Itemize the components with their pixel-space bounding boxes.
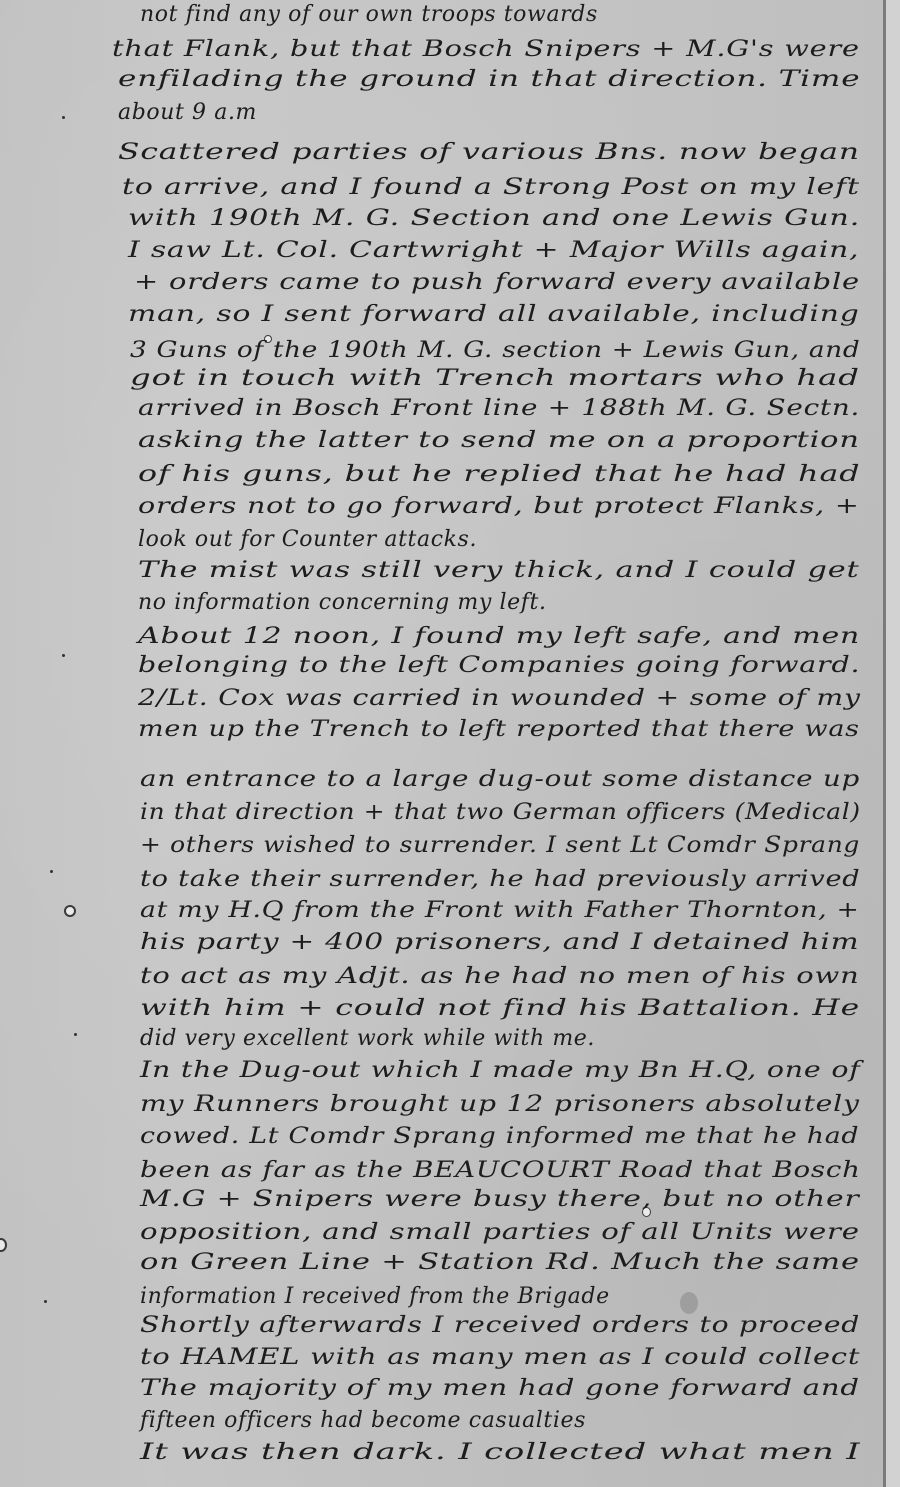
text-line: Shortly afterwards I received orders to … <box>140 1313 860 1339</box>
text-line: to take their surrender, he had previous… <box>140 867 860 893</box>
text-line: my Runners brought up 12 prisoners absol… <box>140 1092 860 1118</box>
text-line: to arrive, and I found a Strong Post on … <box>122 175 860 201</box>
text-line: on Green Line + Station Rd. Much the sam… <box>140 1250 860 1276</box>
text-line: opposition, and small parties of all Uni… <box>140 1220 860 1246</box>
text-line: belonging to the left Companies going fo… <box>138 653 860 679</box>
text-line: I saw Lt. Col. Cartwright + Major Wills … <box>128 238 859 264</box>
text-line: been as far as the BEAUCOURT Road that B… <box>140 1158 861 1184</box>
text-line: In the Dug-out which I made my Bn H.Q, o… <box>140 1058 861 1084</box>
text-line: cowed. Lt Comdr Sprang informed me that … <box>140 1124 859 1150</box>
text-line: with him + could not find his Battalion.… <box>140 996 860 1022</box>
text-line: his party + 400 prisoners, and I detaine… <box>140 930 859 956</box>
text-line: about 9 a.m <box>118 100 257 126</box>
handwritten-text-body: not find any of our own troops towards t… <box>0 0 885 1487</box>
text-line: The majority of my men had gone forward … <box>140 1376 860 1402</box>
text-line: asking the latter to send me on a propor… <box>138 428 860 454</box>
text-line: M.G + Snipers were busy there, but no ot… <box>140 1187 860 1213</box>
text-line: at my H.Q from the Front with Father Tho… <box>140 898 860 924</box>
text-line: About 12 noon, I found my left safe, and… <box>138 624 860 650</box>
text-line: not find any of our own troops towards <box>140 2 830 28</box>
text-line: enfilading the ground in that direction.… <box>118 67 860 93</box>
text-line: orders not to go forward, but protect Fl… <box>138 494 860 520</box>
text-line: an entrance to a large dug-out some dist… <box>140 767 860 793</box>
text-line: of his guns, but he replied that he had … <box>138 462 860 488</box>
text-line: no information concerning my left. <box>138 590 547 616</box>
text-line: to act as my Adjt. as he had no men of h… <box>140 964 860 990</box>
text-line: got in touch with Trench mortars who had <box>130 366 860 392</box>
text-line: did very excellent work while with me. <box>140 1026 595 1052</box>
scan-background-strip <box>886 0 900 1487</box>
text-line: The mist was still very thick, and I cou… <box>138 558 860 584</box>
text-line: that Flank, but that Bosch Snipers + M.G… <box>112 37 860 63</box>
text-line: man, so I sent forward all available, in… <box>128 302 860 328</box>
text-line: men up the Trench to left reported that … <box>138 717 860 743</box>
text-line: 2/Lt. Cox was carried in wounded + some … <box>138 686 861 712</box>
text-line: look out for Counter attacks. <box>138 527 477 553</box>
text-line: information I received from the Brigade <box>140 1284 610 1310</box>
text-line: + orders came to push forward every avai… <box>134 270 860 296</box>
text-line: to HAMEL with as many men as I could col… <box>140 1345 860 1371</box>
text-line: fifteen officers had become casualties <box>140 1408 586 1434</box>
text-line: with 190th M. G. Section and one Lewis G… <box>128 206 860 232</box>
text-line: arrived in Bosch Front line + 188th M. G… <box>138 396 860 422</box>
text-line: in that direction + that two German offi… <box>140 800 861 826</box>
text-line: It was then dark. I collected what men I <box>140 1440 860 1466</box>
text-line: 3 Guns of the 190th M. G. section + Lewi… <box>130 338 860 364</box>
text-line: + others wished to surrender. I sent Lt … <box>140 833 860 859</box>
text-line: Scattered parties of various Bns. now be… <box>118 140 860 166</box>
